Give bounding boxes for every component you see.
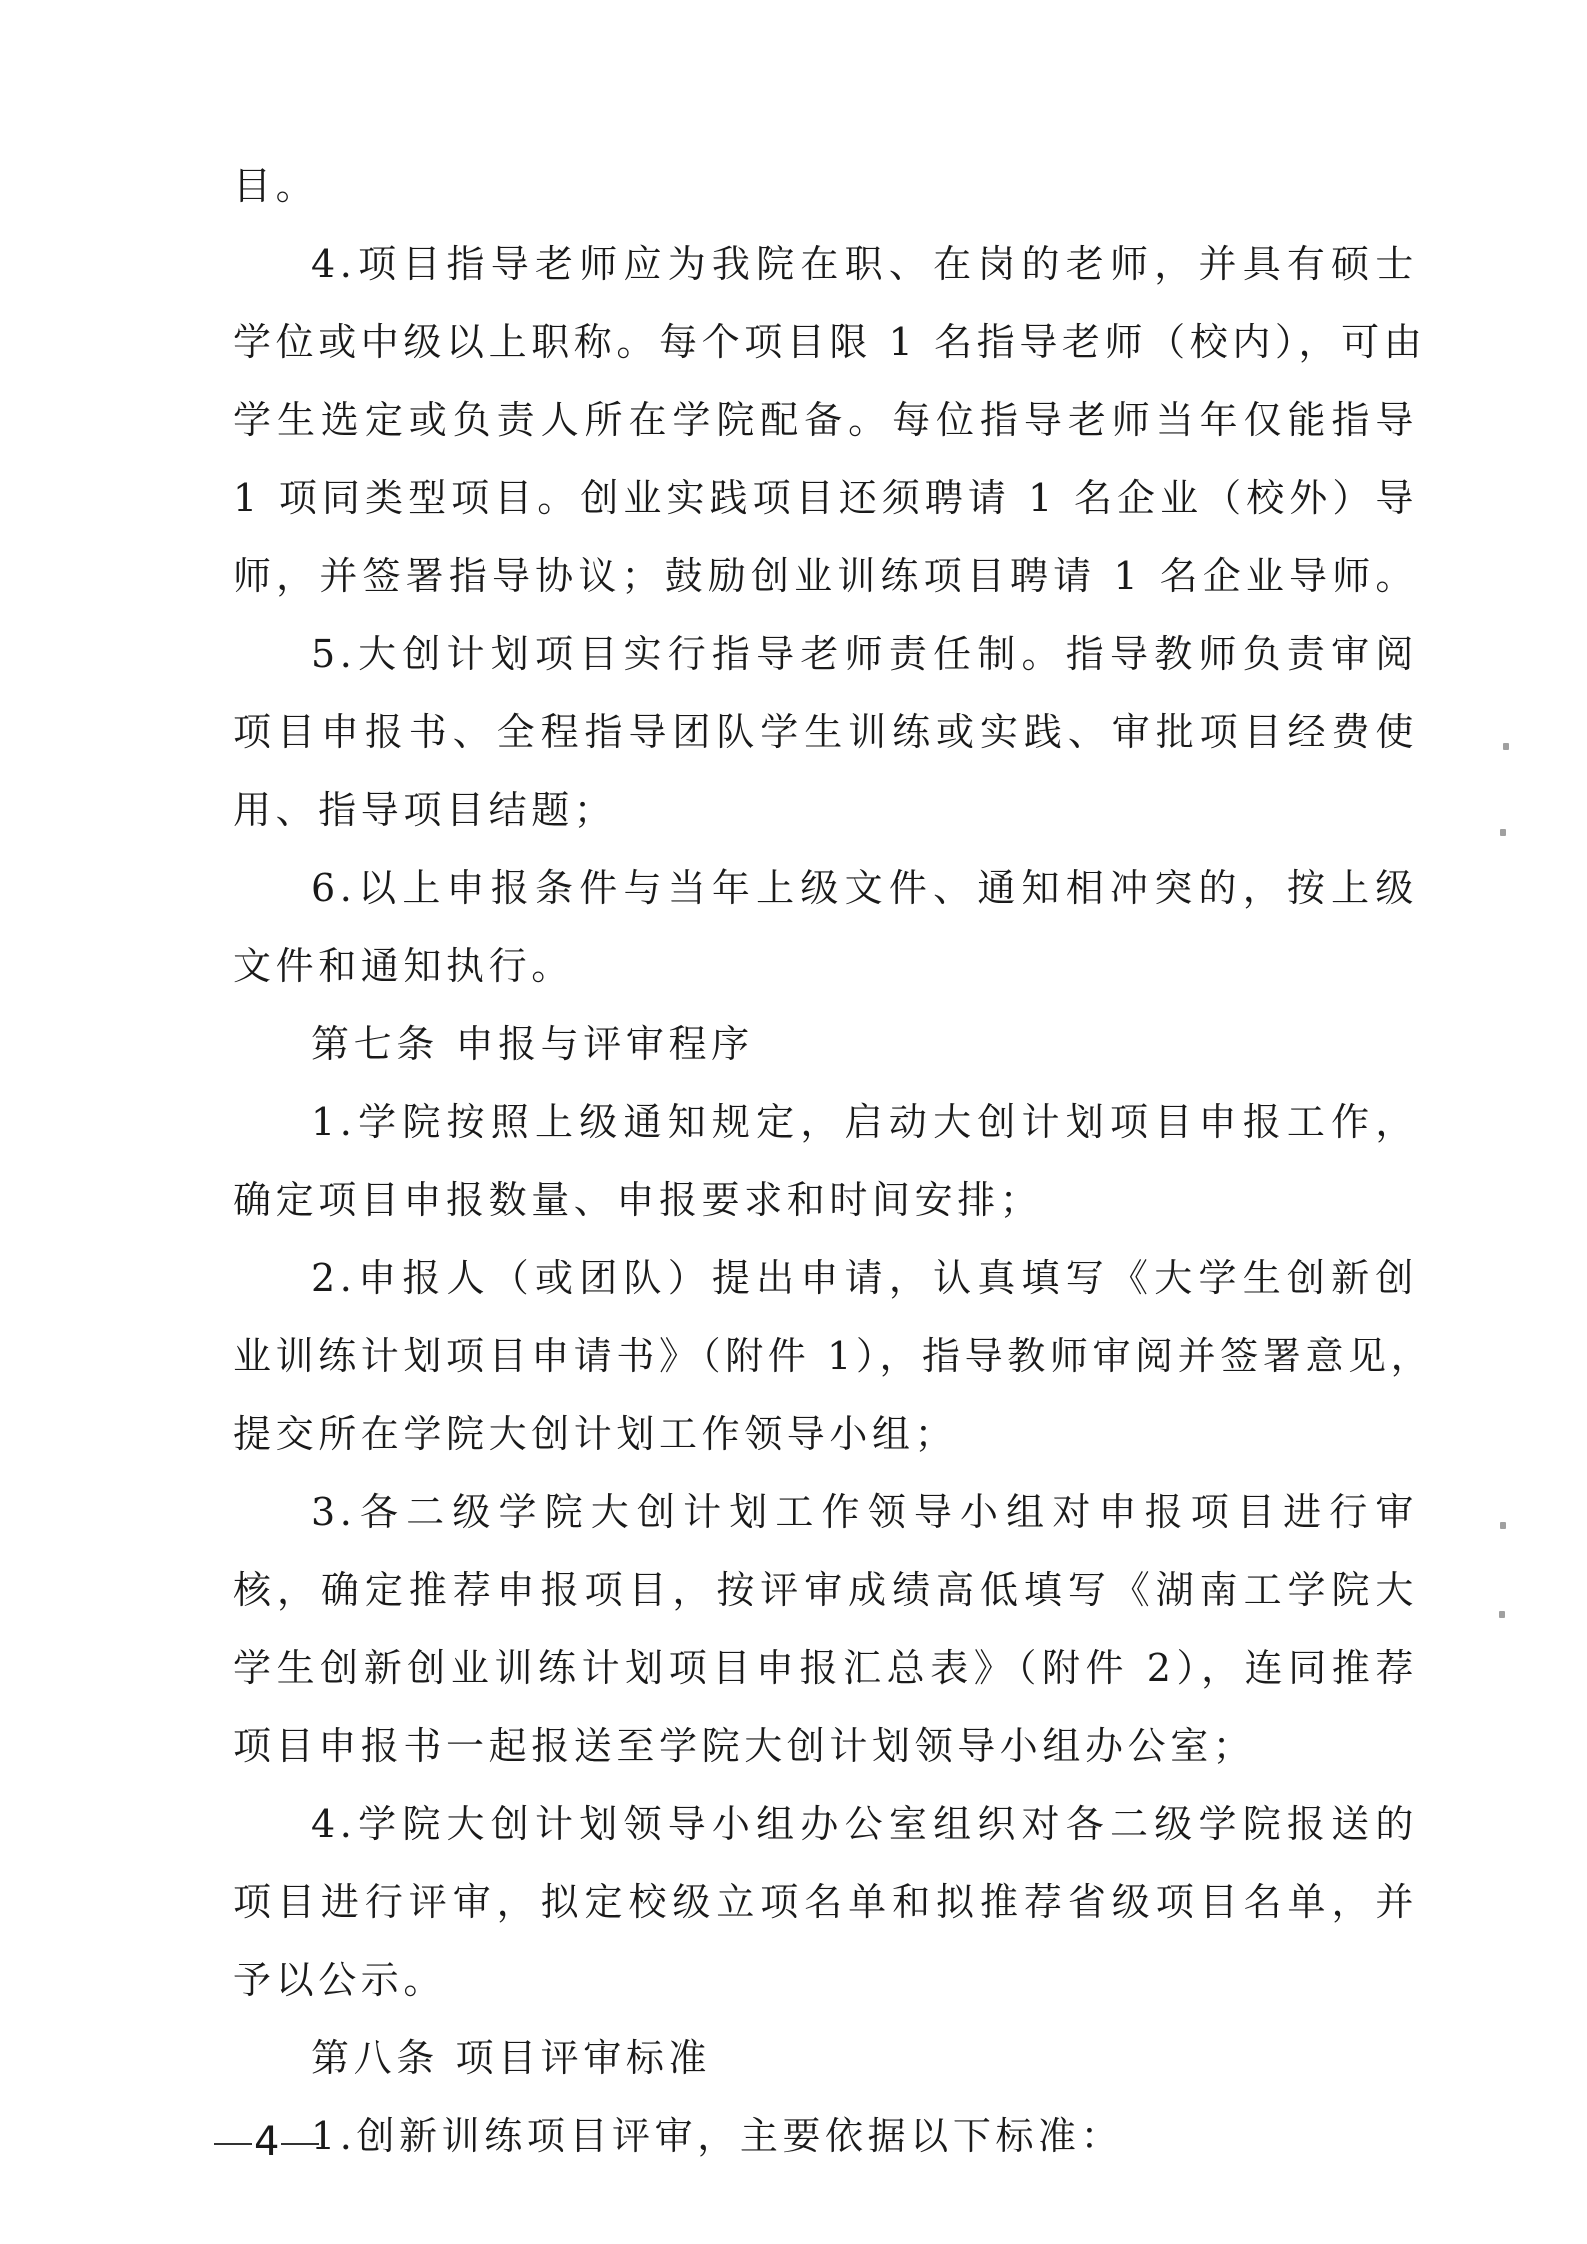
text-line: 师，并签署指导协议；鼓励创业训练项目聘请 1 名企业导师。 xyxy=(233,550,1418,602)
text-line: 3.各二级学院大创计划工作领导小组对申报项目进行审 xyxy=(311,1486,1418,1538)
text-line: 确定项目申报数量、申报要求和时间安排； xyxy=(233,1174,1418,1226)
scan-speck xyxy=(1500,829,1506,836)
text-line: 学生选定或负责人所在学院配备。每位指导老师当年仅能指导 xyxy=(233,394,1418,446)
page-number: 4 xyxy=(212,2118,321,2166)
text-line: 业训练计划项目申请书》（附件 1），指导教师审阅并签署意见， xyxy=(233,1330,1418,1382)
text-line: 学位或中级以上职称。每个项目限 1 名指导老师（校内），可由 xyxy=(233,316,1418,368)
scan-speck xyxy=(1499,1611,1505,1618)
text-line: 1.学院按照上级通知规定，启动大创计划项目申报工作， xyxy=(311,1096,1418,1148)
text-line: 4.学院大创计划领导小组办公室组织对各二级学院报送的 xyxy=(311,1798,1418,1850)
text-line: 2.申报人（或团队）提出申请，认真填写《大学生创新创 xyxy=(311,1252,1418,1304)
text-line: 学生创新创业训练计划项目申报汇总表》（附件 2），连同推荐 xyxy=(233,1642,1418,1694)
text-line: 项目进行评审，拟定校级立项名单和拟推荐省级项目名单，并 xyxy=(233,1876,1418,1928)
section-heading: 第七条 申报与评审程序 xyxy=(311,1018,1418,1070)
text-line: 用、指导项目结题； xyxy=(233,784,1418,836)
text-line: 项目申报书、全程指导团队学生训练或实践、审批项目经费使 xyxy=(233,706,1418,758)
text-line: 1 项同类型项目。创业实践项目还须聘请 1 名企业（校外）导 xyxy=(233,472,1418,524)
dash-left xyxy=(214,2143,252,2145)
dash-right xyxy=(281,2143,319,2145)
text-line: 1.创新训练项目评审，主要依据以下标准： xyxy=(311,2110,1418,2162)
text-line: 4.项目指导老师应为我院在职、在岗的老师，并具有硕士 xyxy=(311,238,1418,290)
scan-speck xyxy=(1503,743,1509,750)
text-line: 5.大创计划项目实行指导老师责任制。指导教师负责审阅 xyxy=(311,628,1418,680)
page-number-value: 4 xyxy=(254,2119,279,2165)
text-line: 提交所在学院大创计划工作领导小组； xyxy=(233,1408,1418,1460)
text-line: 项目申报书一起报送至学院大创计划领导小组办公室； xyxy=(233,1720,1418,1772)
text-line: 目。 xyxy=(233,160,1418,212)
section-heading: 第八条 项目评审标准 xyxy=(311,2032,1418,2084)
text-line: 予以公示。 xyxy=(233,1954,1418,2006)
scan-speck xyxy=(1500,1522,1506,1529)
document-page: 目。 4.项目指导老师应为我院在职、在岗的老师，并具有硕士 学位或中级以上职称。… xyxy=(0,0,1587,2244)
text-line: 文件和通知执行。 xyxy=(233,940,1418,992)
text-line: 核，确定推荐申报项目，按评审成绩高低填写《湖南工学院大 xyxy=(233,1564,1418,1616)
text-line: 6.以上申报条件与当年上级文件、通知相冲突的，按上级 xyxy=(311,862,1418,914)
